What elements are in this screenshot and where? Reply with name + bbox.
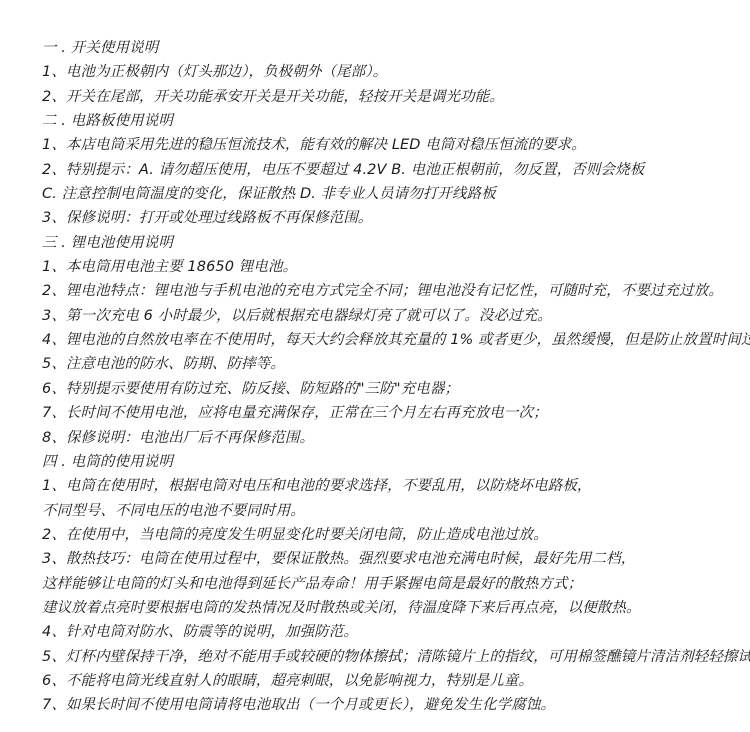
text-line: 3、保修说明：打开或处理过线路板不再保修范围。 bbox=[42, 206, 746, 230]
text-line: 5、注意电池的防水、防期、防摔等。 bbox=[42, 352, 746, 376]
text-line: 2、特别提示：A. 请勿超压使用，电压不要超过 4.2V B. 电池正根朝前，勿… bbox=[42, 158, 746, 182]
text-line: 7、长时间不使用电池，应将电量充满保存，正常在三个月左右再充放电一次； bbox=[42, 401, 746, 425]
text-line: 8、保修说明：电池出厂后不再保修范围。 bbox=[42, 426, 746, 450]
text-line: 建议放着点亮时要根据电筒的发热情况及时散热或关闭，待温度降下来后再点亮，以便散热… bbox=[42, 596, 746, 620]
section-heading: 二 . 电路板使用说明 bbox=[42, 109, 746, 133]
text-line: 5、灯杯内壁保持干净，绝对不能用手或较硬的物体擦拭；清陈镜片上的指纹，可用棉签醮… bbox=[42, 645, 746, 669]
text-line: 1、电池为正极朝内（灯头那边），负极朝外（尾部）。 bbox=[42, 60, 746, 84]
text-line: 1、本电筒用电池主要 18650 锂电池。 bbox=[42, 255, 746, 279]
text-line: C. 注意控制电筒温度的变化，保证散热 D. 非专业人员请勿打开线路板 bbox=[42, 182, 746, 206]
text-line: 1、本店电筒采用先进的稳压恒流技术，能有效的解决 LED 电筒对稳压恒流的要求。 bbox=[42, 133, 746, 157]
text-line: 1、电筒在使用时，根据电筒对电压和电池的要求选择，不要乱用，以防烧坏电路板， bbox=[42, 474, 746, 498]
text-line: 4、锂电池的自然放电率在不使用时，每天大约会释放其充量的 1% 或者更少，虽然缓… bbox=[42, 328, 746, 352]
text-line: 6、不能将电筒光线直射人的眼睛，超亮刺眼，以免影响视力，特别是儿童。 bbox=[42, 669, 746, 693]
section-heading: 三 . 锂电池使用说明 bbox=[42, 231, 746, 255]
text-line: 这样能够让电筒的灯头和电池得到延长产品寿命！用手紧握电筒是最好的散热方式； bbox=[42, 572, 746, 596]
text-line: 3、散热技巧：电筒在使用过程中，要保证散热。强烈要求电池充满电时候，最好先用二档… bbox=[42, 547, 746, 571]
text-line: 7、如果长时间不使用电筒请将电池取出（一个月或更长），避免发生化学腐蚀。 bbox=[42, 693, 746, 717]
instructions-document: 一 . 开关使用说明1、电池为正极朝内（灯头那边），负极朝外（尾部）。2、开关在… bbox=[0, 0, 750, 732]
text-line: 6、特别提示要使用有防过充、防反接、防短路的"三防"充电器； bbox=[42, 377, 746, 401]
text-line: 不同型号、不同电压的电池不要同时用。 bbox=[42, 499, 746, 523]
text-line: 4、针对电筒对防水、防震等的说明，加强防范。 bbox=[42, 620, 746, 644]
text-line: 2、开关在尾部，开关功能承安开关是开关功能，轻按开关是调光功能。 bbox=[42, 85, 746, 109]
section-heading: 四 . 电筒的使用说明 bbox=[42, 450, 746, 474]
text-line: 2、在使用中，当电筒的亮度发生明显变化时要关闭电筒，防止造成电池过放。 bbox=[42, 523, 746, 547]
text-line: 3、第一次充电 6 小时最少，以后就根据充电器绿灯亮了就可以了。没必过充。 bbox=[42, 304, 746, 328]
section-heading: 一 . 开关使用说明 bbox=[42, 36, 746, 60]
text-line: 2、锂电池特点：锂电池与手机电池的充电方式完全不同；锂电池没有记忆性，可随时充，… bbox=[42, 279, 746, 303]
